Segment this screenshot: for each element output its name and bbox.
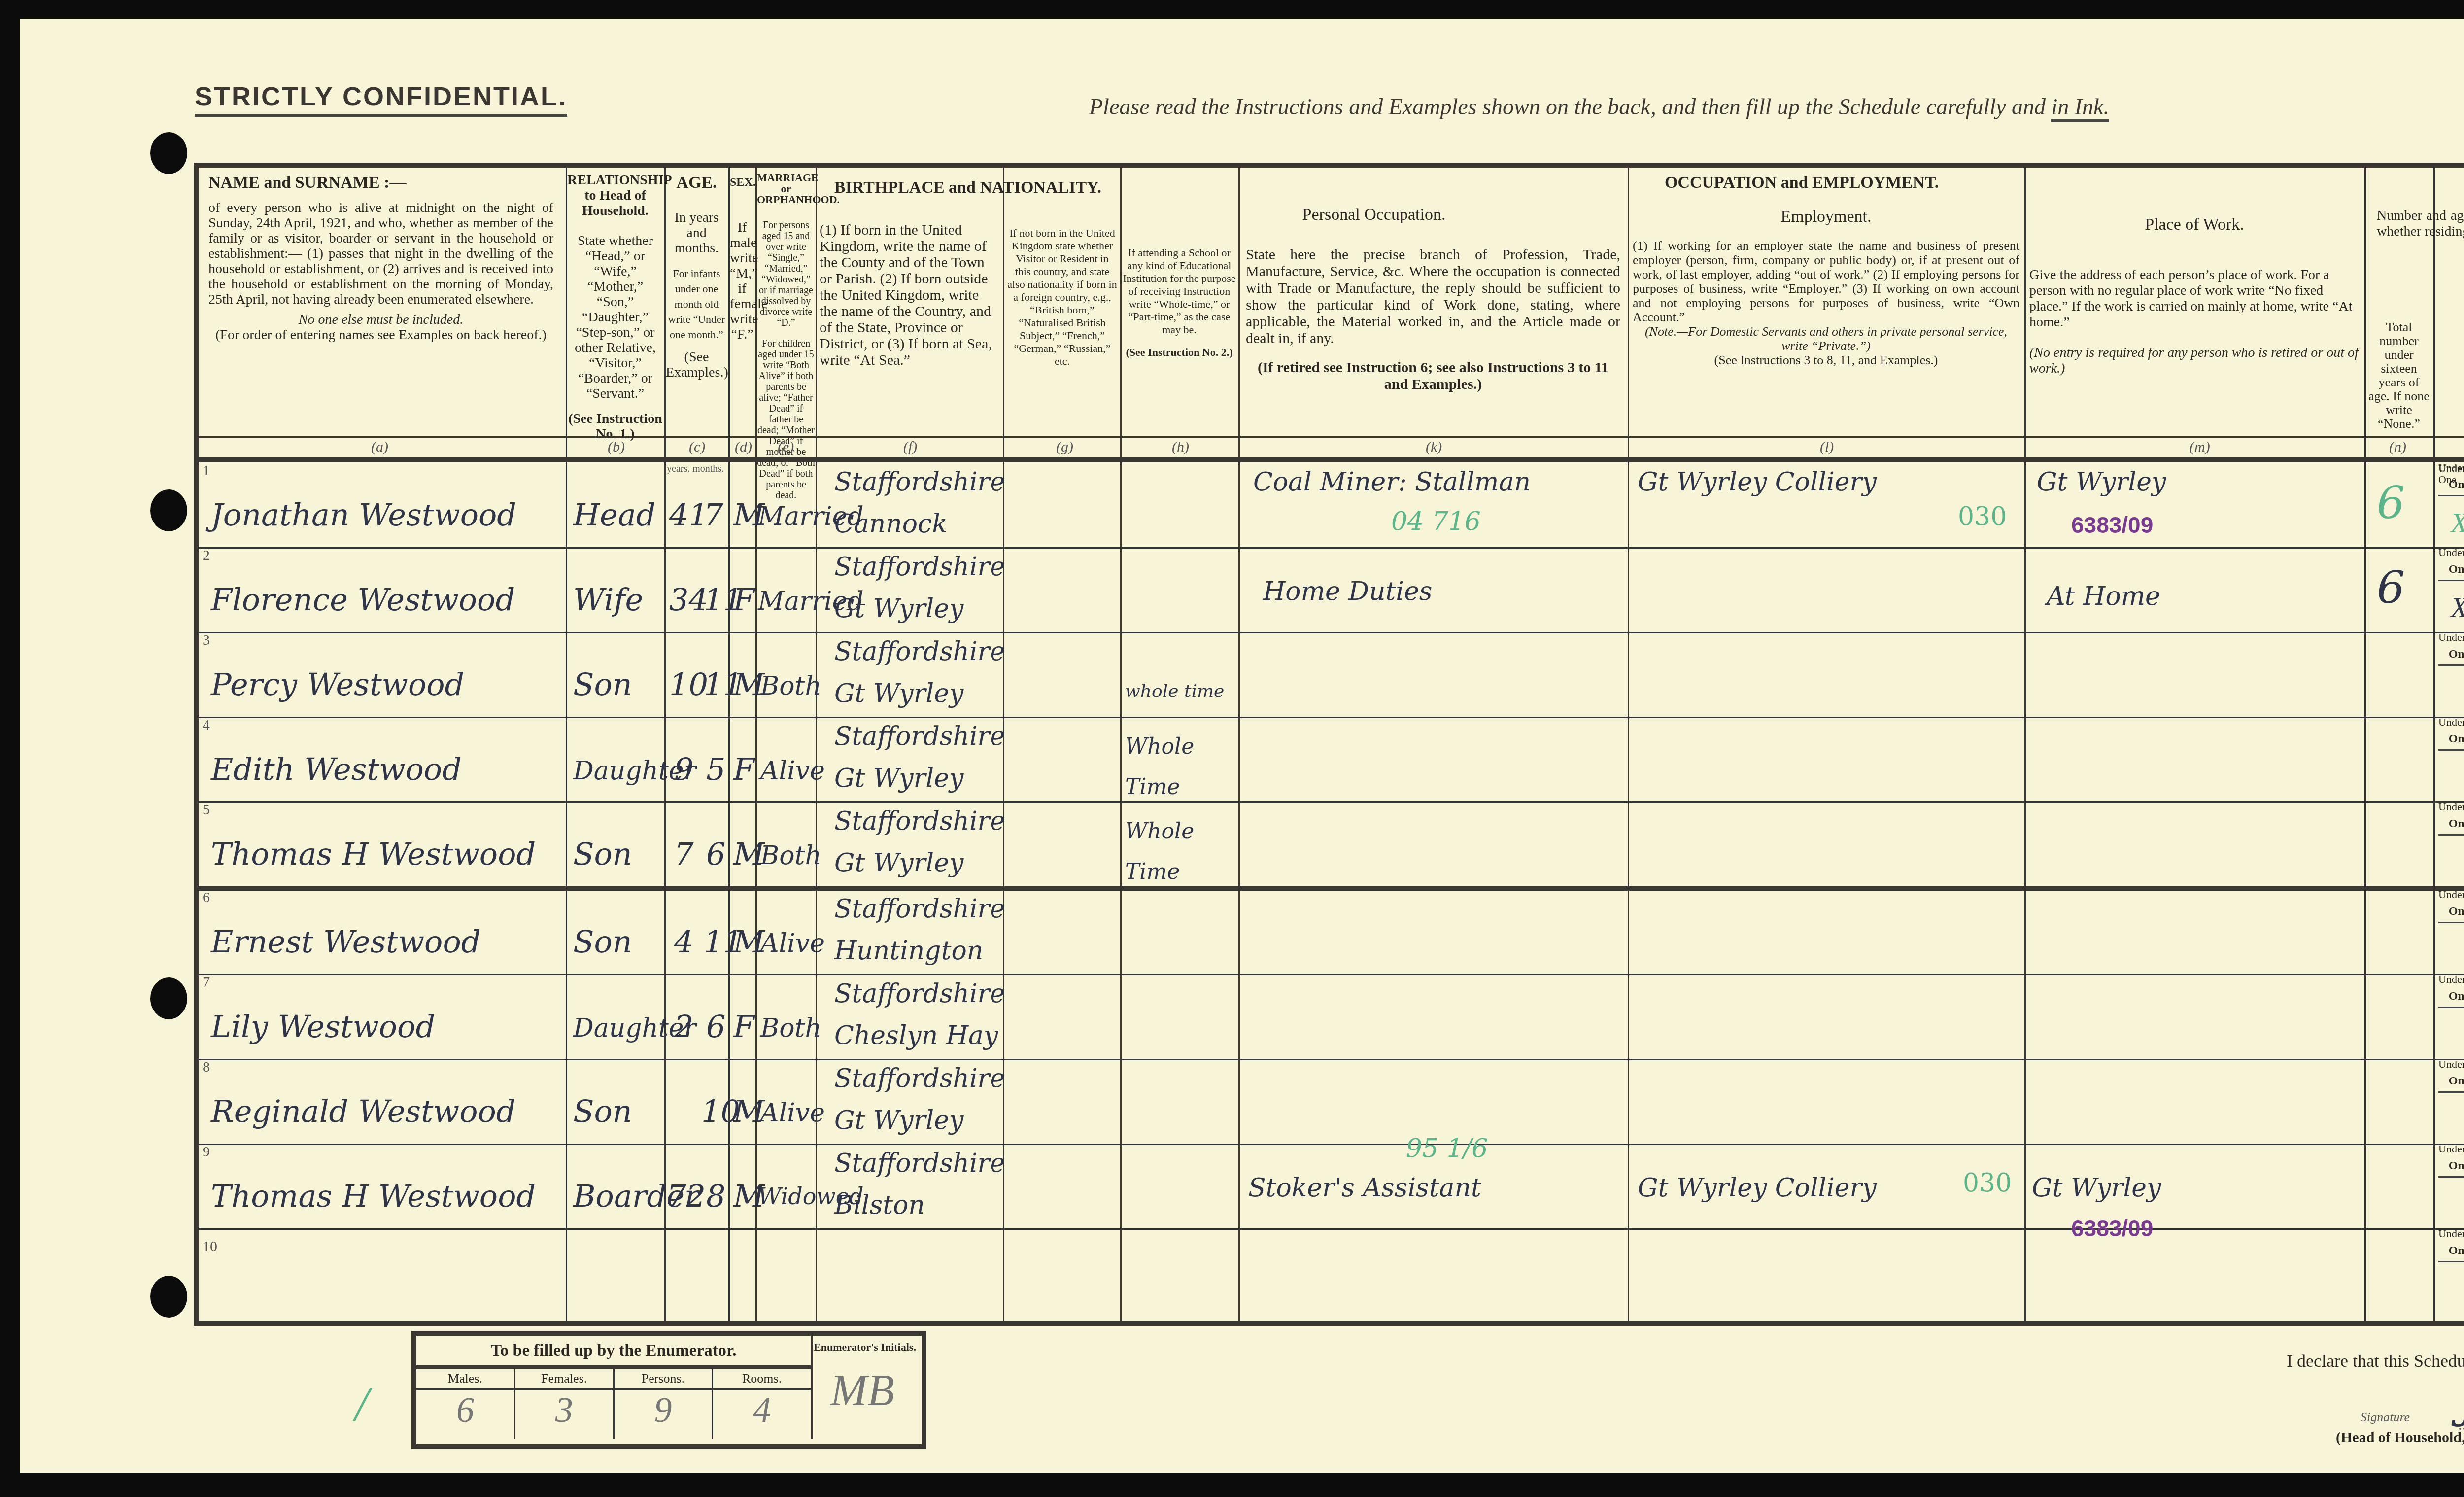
age-cell-under-one[interactable]: One (2438, 905, 2464, 979)
age-cell-under-one[interactable]: One (2438, 817, 2464, 891)
birth-county-cell[interactable]: Staffordshire (834, 806, 1005, 836)
header-separator (199, 436, 2464, 438)
marriage-cell[interactable]: Alive (760, 1098, 825, 1128)
age-cell-label: One (2438, 905, 2464, 923)
enumerator-counts: Males.6 Females.3 Persons.9 Rooms.4 (416, 1369, 813, 1439)
header-b-title: RELATIONSHIP to Head of Household. (567, 173, 663, 218)
birth-county-cell[interactable]: Staffordshire (834, 1064, 1005, 1093)
females-column: Females.3 (515, 1369, 615, 1439)
employer-cell[interactable]: Gt Wyrley Colliery (1638, 467, 1877, 497)
education-cell[interactable]: Whole Time (1125, 811, 1224, 892)
letter-d: (d) (735, 439, 752, 455)
header-l-title: Employment. (1633, 209, 2019, 224)
occupation-code: 95 1/6 (1406, 1134, 1488, 1163)
punch-hole (150, 977, 187, 1019)
age-cell-under-one[interactable]: One (2438, 648, 2464, 722)
birth-town-cell[interactable]: Cannock (834, 509, 948, 539)
row-number: 2 (203, 547, 210, 564)
enumerator-initials-field[interactable]: MB (830, 1365, 894, 1416)
table-row: 1 Jonathan Westwood Head 41 7 M Married … (199, 462, 2464, 549)
relationship-cell[interactable]: Son (573, 666, 632, 702)
occupation-cell[interactable]: Home Duties (1263, 577, 1432, 606)
relationship-cell[interactable]: Head (573, 497, 655, 533)
employer-code: 030 (1963, 1168, 2012, 1198)
signature-note: (Head of Household, Manager of Establish… (2336, 1429, 2464, 1446)
name-cell[interactable]: Percy Westwood (211, 666, 464, 702)
employer-code: 030 (1958, 502, 2007, 531)
header-c: AGE. In years and months. For infants un… (666, 175, 727, 380)
workplace-cell[interactable]: At Home (2047, 582, 2160, 611)
age-cell-label: One (2438, 648, 2464, 666)
workplace-code-stamp: 6383/09 (2071, 512, 2153, 538)
persons-label: Persons. (615, 1369, 712, 1390)
workplace-cell[interactable]: Gt Wyrley (2037, 467, 2166, 497)
under-one-label: Under (2438, 462, 2464, 473)
sex-cell[interactable]: F (733, 751, 754, 787)
occupation-cell[interactable]: Stoker's Assistant (1248, 1173, 1481, 1203)
header-m-body: Give the address of each person’s place … (2029, 267, 2360, 330)
letter-f: (f) (903, 439, 917, 455)
instructions-ink: in Ink. (2051, 94, 2109, 122)
header-a-body: of every person who is alive at midnight… (208, 200, 553, 307)
row-number: 7 (203, 974, 210, 991)
age-years-cell[interactable]: 9 (674, 751, 693, 787)
age-years-cell[interactable]: 7 (674, 836, 693, 872)
age-years-cell[interactable]: 41 (669, 497, 708, 533)
table-row: 9 Thomas H Westwood Boarder 72 8 M Widow… (199, 1144, 2464, 1230)
header-h-body: If attending a School or any kind of Edu… (1123, 246, 1236, 336)
enumerator-initials-label: Enumerator's Initials. (813, 1341, 917, 1354)
instructions-text: Please read the Instructions and Example… (1089, 94, 2046, 119)
birth-town-cell[interactable]: Bilston (834, 1190, 925, 1220)
under-one-label: Under (2438, 801, 2464, 812)
header-l-note: (Note.—For Domestic Servants and others … (1633, 324, 2019, 353)
age-months-cell[interactable]: 8 (706, 1178, 725, 1214)
age-years-cell[interactable]: 4 (674, 924, 693, 960)
employer-cell[interactable]: Gt Wyrley Colliery (1638, 1173, 1877, 1203)
education-cell[interactable]: whole time (1125, 681, 1224, 701)
table-row: 8 Reginald Westwood Son 10 M Alive Staff… (199, 1059, 2464, 1145)
age-cell-under-one[interactable]: One (2438, 1244, 2464, 1318)
under-one-label: Under (2438, 889, 2464, 900)
letter-a: (a) (371, 439, 388, 455)
marriage-cell[interactable]: Alive (760, 929, 825, 958)
children-total-cell[interactable]: 6 (2377, 477, 2405, 529)
header-d-title: SEX. (730, 175, 754, 190)
header-m: Place of Work. Give the address of each … (2029, 217, 2360, 377)
marriage-cell[interactable]: Both (760, 671, 821, 701)
header-fg: BIRTHPLACE and NATIONALITY. (817, 180, 1119, 195)
header-m-title: Place of Work. (2029, 217, 2360, 233)
header-f-body: (1) If born in the United Kingdom, write… (820, 222, 999, 368)
rooms-field[interactable]: 4 (713, 1390, 811, 1430)
header-no-title: Information required only in respect of … (2367, 173, 2464, 188)
age-cell-label: One (2438, 732, 2464, 751)
sex-cell[interactable]: M (733, 924, 764, 960)
birth-county-cell[interactable]: Staffordshire (834, 894, 1005, 924)
signature-field[interactable]: Jonathan Westwood (2459, 1375, 2464, 1430)
enumerator-box-title: To be filled up by the Enumerator. (416, 1336, 813, 1369)
header-c-body: In years and months. (666, 210, 727, 256)
table-row: 6 Ernest Westwood Son 4 11 M Alive Staff… (199, 889, 2464, 975)
under-one-label: Under (2438, 547, 2464, 558)
under-one-label: Under (2438, 632, 2464, 643)
sex-cell[interactable]: F (733, 582, 754, 618)
letter-k: (k) (1426, 439, 1442, 455)
persons-column: Persons.9 (615, 1369, 714, 1439)
birth-town-cell[interactable]: Gt Wyrley (834, 764, 963, 793)
relationship-cell[interactable]: Wife (573, 582, 643, 618)
punch-hole (150, 489, 187, 531)
header-a: NAME and SURNAME :— of every person who … (208, 175, 553, 343)
marriage-cell[interactable]: Both (760, 1013, 821, 1043)
row-number: 9 (203, 1144, 210, 1160)
enumerator-summary-box: To be filled up by the Enumerator. Enume… (411, 1331, 926, 1449)
household-schedule-table: NAME and SURNAME :— of every person who … (194, 163, 2464, 1326)
header-d: SEX. If male write “M,” if female write … (730, 175, 754, 342)
letter-e: (e) (778, 439, 794, 455)
sex-cell[interactable]: F (733, 1009, 754, 1044)
body-separator (199, 457, 2464, 462)
males-field[interactable]: 6 (416, 1390, 514, 1430)
under-one-label: Under (2438, 1144, 2464, 1154)
age-cell-under-one[interactable]: OneX (2438, 478, 2464, 552)
birth-town-cell[interactable]: Gt Wyrley (834, 848, 963, 878)
birth-town-cell[interactable]: Gt Wyrley (834, 594, 963, 624)
females-field[interactable]: 3 (515, 1390, 613, 1430)
header-k: State here the precise branch of Profess… (1246, 246, 1620, 393)
males-column: Males.6 (416, 1369, 515, 1439)
children-total-cell[interactable]: 6 (2377, 562, 2405, 614)
header-h-footer: (See Instruction No. 2.) (1123, 346, 1236, 359)
age-years-cell[interactable]: 10 (669, 666, 708, 702)
marriage-cell[interactable]: Both (760, 841, 821, 870)
marriage-cell[interactable]: Alive (760, 756, 825, 786)
name-cell[interactable]: Thomas H Westwood (211, 836, 536, 872)
strictly-confidential-heading: STRICTLY CONFIDENTIAL. (195, 81, 567, 117)
table-row: 2 Florence Westwood Wife 34 11 F Married… (199, 547, 2464, 633)
birth-county-cell[interactable]: Staffordshire (834, 637, 1005, 666)
table-row: 3 Percy Westwood Son 10 11 M Both Staffo… (199, 632, 2464, 718)
letter-b: (b) (608, 439, 625, 455)
age-cell-under-one[interactable]: One (2438, 1075, 2464, 1149)
header-o-body: For each child place a X in the column c… (2446, 335, 2464, 352)
header-e-title: MARRIAGE or ORPHANHOOD. (757, 173, 815, 205)
row-number: 8 (203, 1059, 210, 1076)
header-e-body: For persons aged 15 and over write “Sing… (757, 220, 815, 328)
males-label: Males. (416, 1369, 514, 1390)
age-cell-label: One (2438, 1075, 2464, 1093)
name-cell[interactable]: Lily Westwood (211, 1009, 435, 1044)
cross-mark: X (2438, 508, 2464, 539)
age-cell-label: One (2438, 478, 2464, 496)
occupation-code: 04 716 (1391, 507, 1481, 536)
header-a-note: No one else must be included. (208, 312, 553, 327)
occupation-cell[interactable]: Coal Miner: Stallman (1253, 467, 1531, 497)
females-label: Females. (515, 1369, 613, 1390)
workplace-cell[interactable]: Gt Wyrley (2032, 1173, 2161, 1203)
under-one-label: Under (2438, 974, 2464, 985)
row-number: 1 (203, 462, 210, 479)
header-c-title: AGE. (666, 175, 727, 190)
punch-hole (150, 132, 187, 174)
letter-m: (m) (2190, 439, 2210, 455)
birth-county-cell[interactable]: Staffordshire (834, 1149, 1005, 1178)
age-cell-under-one[interactable]: OneX (2438, 563, 2464, 637)
table-row: 10 (199, 1228, 2464, 1312)
header-l-body: (1) If working for an employer state the… (1633, 239, 2019, 324)
header-n-body: Total number under sixteen years of age.… (2367, 320, 2431, 431)
header-no-body: Number and ages of all living children a… (2367, 208, 2464, 240)
age-cell-label: One (2438, 563, 2464, 581)
education-cell[interactable]: Whole Time (1125, 727, 1224, 807)
header-l: Employment. (1) If working for an employ… (1633, 209, 2019, 367)
punch-hole (150, 1276, 187, 1318)
age-cell-label: One (2438, 1159, 2464, 1178)
age-cell-label: One (2438, 1244, 2464, 1262)
signature-label: Signature (2361, 1410, 2410, 1425)
birth-town-cell[interactable]: Gt Wyrley (834, 679, 963, 708)
header-g-body: If not born in the United Kingdom state … (1007, 227, 1118, 368)
header-personal-title: Personal Occupation. (1123, 207, 1625, 222)
header-b-body: State whether “Head,” or “Wife,” “Mother… (567, 233, 663, 401)
relationship-cell[interactable]: Son (573, 924, 632, 960)
birth-town-cell[interactable]: Gt Wyrley (834, 1106, 963, 1135)
name-cell[interactable]: Reginald Westwood (211, 1093, 516, 1129)
persons-field[interactable]: 9 (615, 1390, 712, 1430)
header-k-body: State here the precise branch of Profess… (1246, 246, 1620, 347)
age-cell-under-one[interactable]: One (2438, 732, 2464, 806)
letter-h: (h) (1172, 439, 1189, 455)
name-cell[interactable]: Jonathan Westwood (211, 497, 516, 533)
age-months-cell[interactable]: 6 (706, 836, 725, 872)
header-a-footer: (For order of entering names see Example… (208, 327, 553, 343)
header-personal-occupation: Personal Occupation. (1123, 207, 1625, 222)
cross-mark: X (2438, 592, 2464, 624)
header-c-note: For infants under one month old write “U… (666, 266, 727, 342)
header-o: For each child place a X in the column c… (2446, 335, 2464, 388)
header-d-body: If male write “M,” if female write “F.” (730, 220, 754, 342)
green-tick-mark: / (355, 1375, 369, 1432)
name-cell[interactable]: Edith Westwood (211, 751, 462, 787)
name-cell[interactable]: Ernest Westwood (211, 924, 480, 960)
rooms-column: Rooms.4 (713, 1369, 811, 1439)
header-k-footer: (If retired see Instruction 6; see also … (1246, 359, 1620, 393)
age-cell-under-one[interactable]: One (2438, 990, 2464, 1064)
row-number: 10 (203, 1238, 217, 1255)
birth-county-cell[interactable]: Staffordshire (834, 467, 1005, 497)
header-b: RELATIONSHIP to Head of Household. State… (567, 173, 663, 442)
birth-county-cell[interactable]: Staffordshire (834, 552, 1005, 582)
age-cell-label: One (2438, 817, 2464, 836)
header-occupation-title: OCCUPATION and EMPLOYMENT. (1665, 175, 2464, 190)
header-fg-title: BIRTHPLACE and NATIONALITY. (817, 180, 1119, 195)
letter-g: (g) (1056, 439, 1073, 455)
under-one-label: Under (2438, 717, 2464, 728)
header-no: Information required only in respect of … (2367, 173, 2464, 240)
age-months-cell[interactable]: 6 (706, 1009, 725, 1044)
letter-c: (c) (689, 439, 705, 455)
instructions-line: Please read the Instructions and Example… (1089, 94, 2109, 120)
birth-county-cell[interactable]: Staffordshire (834, 979, 1005, 1009)
letter-n: (n) (2389, 439, 2406, 455)
header-occupation: OCCUPATION and EMPLOYMENT. (1123, 175, 2464, 190)
row-number: 6 (203, 889, 210, 906)
age-years-cell[interactable]: 2 (674, 1009, 693, 1044)
rooms-label: Rooms. (713, 1369, 811, 1390)
under-one-label: Under (2438, 1228, 2464, 1239)
age-years-cell[interactable]: 34 (669, 582, 708, 618)
name-cell[interactable]: Florence Westwood (211, 582, 515, 618)
age-months-cell[interactable]: 7 (704, 497, 723, 533)
relationship-cell[interactable]: Son (573, 836, 632, 872)
table-row: 5 Thomas H Westwood Son 7 6 M Both Staff… (199, 801, 2464, 891)
age-cell-label: One (2438, 990, 2464, 1008)
table-row: 7 Lily Westwood Daughter 2 6 F Both Staf… (199, 974, 2464, 1060)
relationship-cell[interactable]: Son (573, 1093, 632, 1129)
table-row: 4 Edith Westwood Daughter 9 5 F Alive St… (199, 717, 2464, 803)
under-one-label: Under (2438, 1059, 2464, 1070)
age-months-cell[interactable]: 5 (706, 751, 725, 787)
header-h: If attending a School or any kind of Edu… (1123, 246, 1236, 359)
row-number: 5 (203, 801, 210, 818)
header-m-note: (No entry is required for any person who… (2029, 345, 2360, 377)
birth-county-cell[interactable]: Staffordshire (834, 722, 1005, 751)
letter-l: (l) (1820, 439, 1834, 455)
name-cell[interactable]: Thomas H Westwood (211, 1178, 536, 1214)
sex-cell[interactable]: M (733, 1093, 764, 1129)
header-c-footer: (See Examples.) (666, 349, 727, 380)
sex-cell[interactable]: M (733, 666, 764, 702)
header-a-title: NAME and SURNAME :— (208, 175, 553, 190)
age-cell-under-one[interactable]: One (2438, 1159, 2464, 1233)
sex-cell[interactable]: M (733, 836, 764, 872)
age-years-cell[interactable]: 72 (667, 1178, 706, 1214)
header-o-body2: The number of crosses should be the same… (2446, 372, 2464, 388)
declaration-text: I declare that this Schedule is correctl… (2287, 1351, 2464, 1371)
birth-town-cell[interactable]: Cheslyn Hay (834, 1021, 998, 1050)
row-number: 4 (203, 717, 210, 733)
birth-town-cell[interactable]: Huntington (834, 936, 983, 966)
row-number: 3 (203, 632, 210, 649)
header-l-footer: (See Instructions 3 to 8, 11, and Exampl… (1633, 353, 2019, 367)
